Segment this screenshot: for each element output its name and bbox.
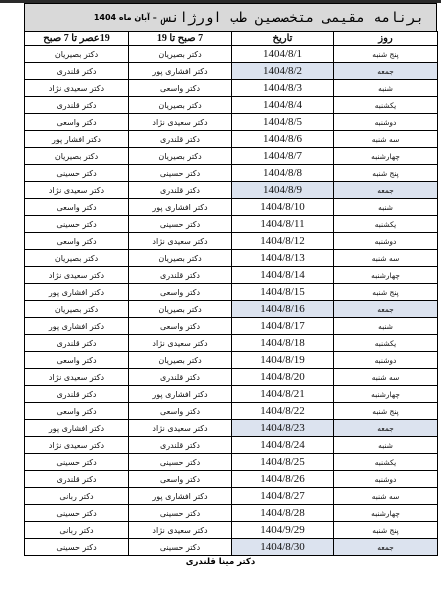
day-cell: چهارشنبه: [334, 148, 438, 165]
day-cell: جمعه: [334, 539, 438, 556]
day-cell: دوشنبه: [334, 233, 438, 250]
table-row: یکشنبه1404/8/4دکتر بصیریاندکتر قلندری: [25, 97, 438, 114]
night-shift-cell: دکتر قلندری: [25, 471, 129, 488]
table-row: چهارشنبه1404/8/14دکتر قلندریدکتر سعیدی ن…: [25, 267, 438, 284]
day-cell: دوشنبه: [334, 114, 438, 131]
day-shift-cell: دکتر سعیدی نژاد: [129, 420, 232, 437]
header-date: تاریخ: [232, 32, 334, 46]
table-row: پنج شنبه1404/9/29دکتر سعیدی نژاددکتر ربا…: [25, 522, 438, 539]
table-row: سه شنبه1404/8/27دکتر افشاری پوردکتر ربان…: [25, 488, 438, 505]
day-shift-cell: دکتر سعیدی نژاد: [129, 114, 232, 131]
night-shift-cell: دکتر ربانی: [25, 488, 129, 505]
night-shift-cell: دکتر سعیدی نژاد: [25, 369, 129, 386]
day-shift-cell: دکتر حسینی: [129, 539, 232, 556]
date-cell: 1404/8/12: [232, 233, 334, 250]
day-shift-cell: دکتر واسعی: [129, 318, 232, 335]
header-day-shift: 7 صبح تا 19: [129, 32, 232, 46]
date-cell: 1404/8/27: [232, 488, 334, 505]
date-cell: 1404/8/4: [232, 97, 334, 114]
table-row: چهارشنبه1404/8/21دکتر افشاری پوردکتر قلن…: [25, 386, 438, 403]
schedule-body: پنج شنبه1404/8/1دکتر بصیریاندکتر بصیریان…: [25, 46, 438, 556]
table-row: سه شنبه1404/8/20دکتر قلندریدکتر سعیدی نژ…: [25, 369, 438, 386]
day-cell: چهارشنبه: [334, 267, 438, 284]
table-row: دوشنبه1404/8/12دکتر سعیدی نژاددکتر واسعی: [25, 233, 438, 250]
night-shift-cell: دکتر افشاری پور: [25, 420, 129, 437]
date-cell: 1404/8/28: [232, 505, 334, 522]
date-cell: 1404/8/11: [232, 216, 334, 233]
day-shift-cell: دکتر واسعی: [129, 80, 232, 97]
day-shift-cell: دکتر سعیدی نژاد: [129, 522, 232, 539]
night-shift-cell: دکتر واسعی: [25, 352, 129, 369]
day-shift-cell: دکتر افشاری پور: [129, 199, 232, 216]
night-shift-cell: دکتر بصیریان: [25, 148, 129, 165]
day-cell: شنبه: [334, 437, 438, 454]
day-cell: یکشنبه: [334, 97, 438, 114]
day-cell: دوشنبه: [334, 352, 438, 369]
table-row: جمعه1404/8/2دکتر افشاری پوردکتر قلندری: [25, 63, 438, 80]
night-shift-cell: دکتر بصیریان: [25, 46, 129, 63]
day-cell: جمعه: [334, 182, 438, 199]
table-row: یکشنبه1404/8/11دکتر حسینیدکتر حسینی: [25, 216, 438, 233]
day-shift-cell: دکتر واسعی: [129, 471, 232, 488]
header-row: روز تاریخ 7 صبح تا 19 19عصر تا 7 صبح: [25, 32, 438, 46]
day-shift-cell: دکتر واسعی: [129, 284, 232, 301]
night-shift-cell: دکتر بصیریان: [25, 301, 129, 318]
day-cell: شنبه: [334, 318, 438, 335]
day-shift-cell: دکتر افشاری پور: [129, 63, 232, 80]
date-cell: 1404/8/25: [232, 454, 334, 471]
night-shift-cell: دکتر حسینی: [25, 454, 129, 471]
day-cell: پنج شنبه: [334, 46, 438, 63]
date-cell: 1404/8/6: [232, 131, 334, 148]
day-cell: پنج شنبه: [334, 284, 438, 301]
day-cell: شنبه: [334, 199, 438, 216]
date-cell: 1404/8/14: [232, 267, 334, 284]
night-shift-cell: دکتر سعیدی نژاد: [25, 182, 129, 199]
table-row: شنبه1404/8/24دکتر قلندریدکتر سعیدی نژاد: [25, 437, 438, 454]
night-shift-cell: دکتر حسینی: [25, 165, 129, 182]
date-cell: 1404/8/7: [232, 148, 334, 165]
date-cell: 1404/8/15: [232, 284, 334, 301]
day-shift-cell: دکتر افشاری پور: [129, 488, 232, 505]
day-shift-cell: دکتر حسینی: [129, 216, 232, 233]
table-row: دوشنبه1404/8/5دکتر سعیدی نژاددکتر واسعی: [25, 114, 438, 131]
night-shift-cell: دکتر قلندری: [25, 97, 129, 114]
table-row: جمعه1404/8/16دکتر بصیریاندکتر بصیریان: [25, 301, 438, 318]
title-banner: برنامه مقیمی متخصصین طب اورژانس – آبان م…: [24, 3, 437, 31]
night-shift-cell: دکتر حسینی: [25, 216, 129, 233]
night-shift-cell: دکتر حسینی: [25, 505, 129, 522]
day-shift-cell: دکتر بصیریان: [129, 250, 232, 267]
table-row: یکشنبه1404/8/25دکتر حسینیدکتر حسینی: [25, 454, 438, 471]
day-shift-cell: دکتر واسعی: [129, 403, 232, 420]
night-shift-cell: دکتر ربانی: [25, 522, 129, 539]
day-shift-cell: دکتر قلندری: [129, 437, 232, 454]
day-shift-cell: دکتر قلندری: [129, 131, 232, 148]
night-shift-cell: دکتر قلندری: [25, 386, 129, 403]
table-row: جمعه1404/8/9دکتر قلندریدکتر سعیدی نژاد: [25, 182, 438, 199]
day-cell: چهارشنبه: [334, 386, 438, 403]
date-cell: 1404/8/17: [232, 318, 334, 335]
night-shift-cell: دکتر سعیدی نژاد: [25, 267, 129, 284]
day-cell: شنبه: [334, 80, 438, 97]
table-row: جمعه1404/8/30دکتر حسینیدکتر حسینی: [25, 539, 438, 556]
day-cell: سه شنبه: [334, 369, 438, 386]
table-row: دوشنبه1404/8/26دکتر واسعیدکتر قلندری: [25, 471, 438, 488]
document-subtitle: – آبان ماه 1404: [94, 13, 157, 22]
date-cell: 1404/8/5: [232, 114, 334, 131]
day-shift-cell: دکتر بصیریان: [129, 352, 232, 369]
date-cell: 1404/9/29: [232, 522, 334, 539]
date-cell: 1404/8/16: [232, 301, 334, 318]
day-cell: سه شنبه: [334, 488, 438, 505]
date-cell: 1404/8/1: [232, 46, 334, 63]
day-shift-cell: دکتر حسینی: [129, 454, 232, 471]
day-shift-cell: دکتر حسینی: [129, 505, 232, 522]
day-shift-cell: دکتر قلندری: [129, 369, 232, 386]
date-cell: 1404/8/13: [232, 250, 334, 267]
date-cell: 1404/8/9: [232, 182, 334, 199]
night-shift-cell: دکتر افشاری پور: [25, 318, 129, 335]
table-row: پنج شنبه1404/8/8دکتر حسینیدکتر حسینی: [25, 165, 438, 182]
night-shift-cell: دکتر حسینی: [25, 539, 129, 556]
night-shift-cell: دکتر واسعی: [25, 233, 129, 250]
date-cell: 1404/8/23: [232, 420, 334, 437]
date-cell: 1404/8/30: [232, 539, 334, 556]
table-row: دوشنبه1404/8/19دکتر بصیریاندکتر واسعی: [25, 352, 438, 369]
header-day: روز: [334, 32, 438, 46]
date-cell: 1404/8/19: [232, 352, 334, 369]
date-cell: 1404/8/18: [232, 335, 334, 352]
table-row: پنج شنبه1404/8/1دکتر بصیریاندکتر بصیریان: [25, 46, 438, 63]
date-cell: 1404/8/8: [232, 165, 334, 182]
table-row: شنبه1404/8/10دکتر افشاری پوردکتر واسعی: [25, 199, 438, 216]
day-shift-cell: دکتر افشاری پور: [129, 386, 232, 403]
day-shift-cell: دکتر بصیریان: [129, 301, 232, 318]
night-shift-cell: دکتر قلندری: [25, 335, 129, 352]
day-shift-cell: دکتر بصیریان: [129, 148, 232, 165]
schedule-sheet: برنامه مقیمی متخصصین طب اورژانس – آبان م…: [24, 3, 437, 556]
day-cell: جمعه: [334, 420, 438, 437]
day-cell: جمعه: [334, 63, 438, 80]
day-shift-cell: دکتر بصیریان: [129, 97, 232, 114]
date-cell: 1404/8/22: [232, 403, 334, 420]
date-cell: 1404/8/3: [232, 80, 334, 97]
date-cell: 1404/8/24: [232, 437, 334, 454]
day-shift-cell: دکتر قلندری: [129, 267, 232, 284]
day-shift-cell: دکتر سعیدی نژاد: [129, 335, 232, 352]
day-shift-cell: دکتر قلندری: [129, 182, 232, 199]
day-cell: دوشنبه: [334, 471, 438, 488]
date-cell: 1404/8/2: [232, 63, 334, 80]
night-shift-cell: دکتر افشاری پور: [25, 284, 129, 301]
day-cell: پنج شنبه: [334, 522, 438, 539]
date-cell: 1404/8/21: [232, 386, 334, 403]
signature: دکتر مینا قلندری: [0, 557, 441, 567]
day-cell: سه شنبه: [334, 131, 438, 148]
day-cell: پنج شنبه: [334, 165, 438, 182]
document-title: برنامه مقیمی متخصصین طب اورژانس: [163, 10, 424, 26]
day-cell: چهارشنبه: [334, 505, 438, 522]
night-shift-cell: دکتر بصیریان: [25, 250, 129, 267]
day-cell: یکشنبه: [334, 454, 438, 471]
table-row: یکشنبه1404/8/18دکتر سعیدی نژاددکتر قلندر…: [25, 335, 438, 352]
night-shift-cell: دکتر واسعی: [25, 199, 129, 216]
table-row: پنج شنبه1404/8/15دکتر واسعیدکتر افشاری پ…: [25, 284, 438, 301]
table-row: سه شنبه1404/8/13دکتر بصیریاندکتر بصیریان: [25, 250, 438, 267]
table-row: جمعه1404/8/23دکتر سعیدی نژاددکتر افشاری …: [25, 420, 438, 437]
day-cell: یکشنبه: [334, 216, 438, 233]
night-shift-cell: دکتر قلندری: [25, 63, 129, 80]
night-shift-cell: دکتر واسعی: [25, 114, 129, 131]
night-shift-cell: دکتر سعیدی نژاد: [25, 80, 129, 97]
day-shift-cell: دکتر حسینی: [129, 165, 232, 182]
table-row: چهارشنبه1404/8/28دکتر حسینیدکتر حسینی: [25, 505, 438, 522]
day-cell: جمعه: [334, 301, 438, 318]
table-row: شنبه1404/8/3دکتر واسعیدکتر سعیدی نژاد: [25, 80, 438, 97]
date-cell: 1404/8/26: [232, 471, 334, 488]
table-row: سه شنبه1404/8/6دکتر قلندریدکتر افشار پور: [25, 131, 438, 148]
table-row: چهارشنبه1404/8/7دکتر بصیریاندکتر بصیریان: [25, 148, 438, 165]
day-cell: پنج شنبه: [334, 403, 438, 420]
night-shift-cell: دکتر افشار پور: [25, 131, 129, 148]
day-shift-cell: دکتر بصیریان: [129, 46, 232, 63]
day-cell: یکشنبه: [334, 335, 438, 352]
day-cell: سه شنبه: [334, 250, 438, 267]
night-shift-cell: دکتر سعیدی نژاد: [25, 437, 129, 454]
table-row: شنبه1404/8/17دکتر واسعیدکتر افشاری پور: [25, 318, 438, 335]
night-shift-cell: دکتر واسعی: [25, 403, 129, 420]
date-cell: 1404/8/20: [232, 369, 334, 386]
table-row: پنج شنبه1404/8/22دکتر واسعیدکتر واسعی: [25, 403, 438, 420]
schedule-table: روز تاریخ 7 صبح تا 19 19عصر تا 7 صبح پنج…: [24, 31, 438, 556]
date-cell: 1404/8/10: [232, 199, 334, 216]
header-night-shift: 19عصر تا 7 صبح: [25, 32, 129, 46]
day-shift-cell: دکتر سعیدی نژاد: [129, 233, 232, 250]
